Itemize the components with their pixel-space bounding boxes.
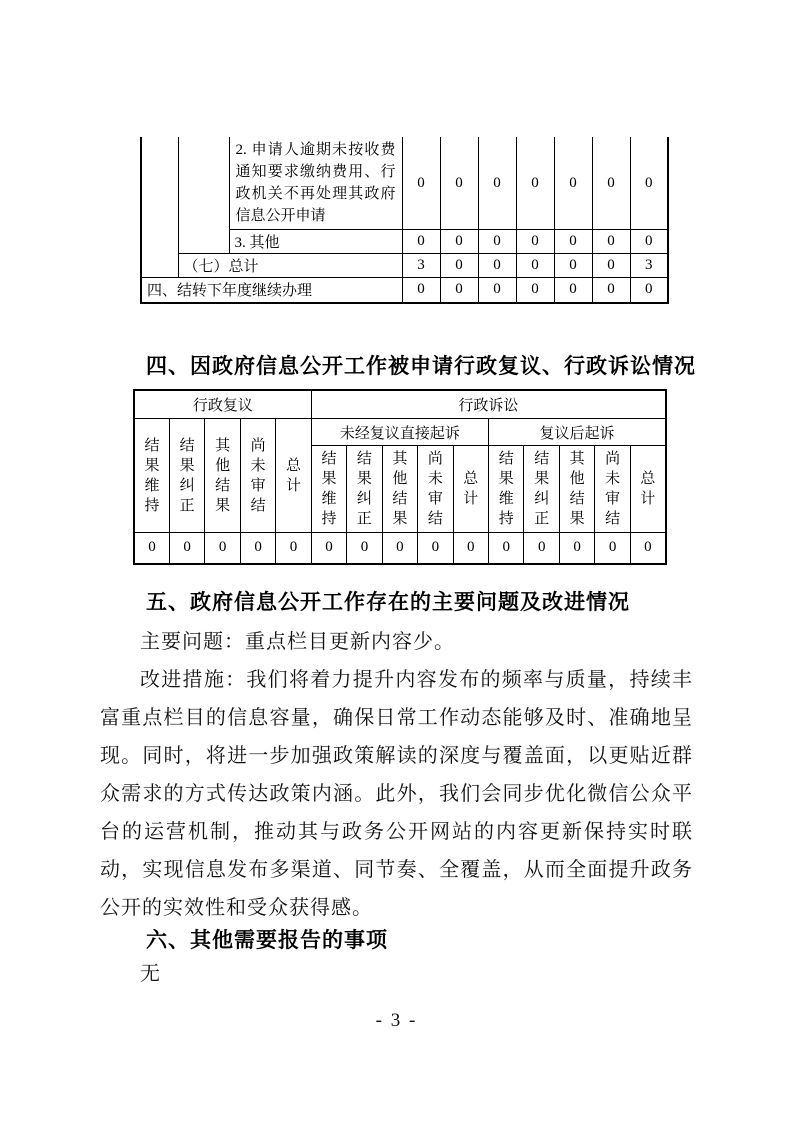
vertical-header: 结果纠正 xyxy=(169,419,204,533)
vertical-header: 总计 xyxy=(630,446,666,533)
table-row: 2. 申请人逾期未按收费通知要求缴纳费用、行政机关不再处理其政府信息公开申请 0… xyxy=(141,137,668,230)
vertical-header: 尚未审结 xyxy=(418,446,453,533)
table-row: 结果维持 结果纠正 其他结果 尚未审结 总计 未经复议直接起诉 复议后起诉 xyxy=(134,419,666,446)
value-cell: 0 xyxy=(592,137,630,230)
vertical-header: 总计 xyxy=(453,446,488,533)
group-header-litigation: 行政诉讼 xyxy=(311,390,666,419)
value-cell: 0 xyxy=(592,254,630,278)
value-cell: 0 xyxy=(240,533,275,564)
value-cell: 0 xyxy=(524,533,559,564)
value-cell: 0 xyxy=(630,278,668,303)
value-cell: 0 xyxy=(382,533,417,564)
row-label: 3. 其他 xyxy=(229,230,402,254)
table-row: 四、结转下年度继续办理 0 0 0 0 0 0 0 xyxy=(141,278,668,303)
value-cell: 0 xyxy=(554,278,592,303)
value-cell: 0 xyxy=(276,533,311,564)
value-cell: 0 xyxy=(440,137,478,230)
row-label: （七）总计 xyxy=(178,254,402,278)
section-six-body: 无 xyxy=(100,955,693,993)
value-cell: 3 xyxy=(630,254,668,278)
table-row: （七）总计 3 0 0 0 0 0 3 xyxy=(141,254,668,278)
value-cell: 0 xyxy=(595,533,630,564)
value-cell: 0 xyxy=(478,230,516,254)
group-header-direct-suit: 未经复议直接起诉 xyxy=(311,419,488,446)
value-cell: 0 xyxy=(478,254,516,278)
value-cell: 0 xyxy=(489,533,524,564)
value-cell: 0 xyxy=(440,278,478,303)
value-cell: 0 xyxy=(554,254,592,278)
vertical-header: 结果纠正 xyxy=(524,446,559,533)
value-cell: 0 xyxy=(630,230,668,254)
group-header-after-review-suit: 复议后起诉 xyxy=(489,419,666,446)
value-cell: 0 xyxy=(402,137,440,230)
value-cell: 0 xyxy=(554,230,592,254)
vertical-header: 结果维持 xyxy=(489,446,524,533)
paragraph-improvement: 改进措施：我们将着力提升内容发布的频率与质量，持续丰富重点栏目的信息容量，确保日… xyxy=(100,661,693,927)
value-cell: 0 xyxy=(440,254,478,278)
value-cell: 0 xyxy=(440,230,478,254)
value-cell: 0 xyxy=(516,137,554,230)
value-cell: 0 xyxy=(559,533,594,564)
value-cell: 0 xyxy=(347,533,382,564)
vertical-header: 尚未审结 xyxy=(595,446,630,533)
value-cell: 0 xyxy=(478,278,516,303)
value-cell: 0 xyxy=(630,137,668,230)
value-cell: 0 xyxy=(516,230,554,254)
value-cell: 0 xyxy=(402,230,440,254)
section-four-heading: 四、因政府信息公开工作被申请行政复议、行政诉讼情况 xyxy=(146,353,693,381)
vertical-header: 结果纠正 xyxy=(347,446,382,533)
review-litigation-table: 行政复议 行政诉讼 结果维持 结果纠正 其他结果 尚未审结 总计 未经复议直接起… xyxy=(133,389,667,565)
vertical-header: 总计 xyxy=(276,419,311,533)
value-cell: 0 xyxy=(205,533,240,564)
value-cell: 0 xyxy=(453,533,488,564)
value-cell: 0 xyxy=(402,278,440,303)
carryover-table: 2. 申请人逾期未按收费通知要求缴纳费用、行政机关不再处理其政府信息公开申请 0… xyxy=(140,137,669,304)
vertical-header: 其他结果 xyxy=(205,419,240,533)
table-row: 0 0 0 0 0 0 0 0 0 0 0 0 0 0 0 xyxy=(134,533,666,564)
value-cell: 0 xyxy=(630,533,666,564)
section-six-heading: 六、其他需要报告的事项 xyxy=(146,927,693,955)
value-cell: 0 xyxy=(592,230,630,254)
paragraph-main-problem: 主要问题：重点栏目更新内容少。 xyxy=(100,623,693,661)
value-cell: 0 xyxy=(516,254,554,278)
value-cell: 0 xyxy=(169,533,204,564)
vertical-header: 其他结果 xyxy=(559,446,594,533)
value-cell: 0 xyxy=(554,137,592,230)
table-row: 行政复议 行政诉讼 xyxy=(134,390,666,419)
value-cell: 0 xyxy=(478,137,516,230)
group-header-review: 行政复议 xyxy=(134,390,311,419)
vertical-header: 结果维持 xyxy=(311,446,346,533)
section-five-heading: 五、政府信息公开工作存在的主要问题及改进情况 xyxy=(146,589,693,617)
value-cell: 3 xyxy=(402,254,440,278)
subcategory-empty-cell xyxy=(178,137,229,254)
document-page: 2. 申请人逾期未按收费通知要求缴纳费用、行政机关不再处理其政府信息公开申请 0… xyxy=(0,0,793,1122)
value-cell: 0 xyxy=(311,533,346,564)
vertical-header: 其他结果 xyxy=(382,446,417,533)
category-empty-cell xyxy=(141,137,178,278)
row-label: 2. 申请人逾期未按收费通知要求缴纳费用、行政机关不再处理其政府信息公开申请 xyxy=(229,137,402,230)
value-cell: 0 xyxy=(516,278,554,303)
value-cell: 0 xyxy=(592,278,630,303)
value-cell: 0 xyxy=(418,533,453,564)
page-number: - 3 - xyxy=(0,1010,793,1032)
value-cell: 0 xyxy=(134,533,169,564)
vertical-header: 尚未审结 xyxy=(240,419,275,533)
vertical-header: 结果维持 xyxy=(134,419,169,533)
row-label: 四、结转下年度继续办理 xyxy=(141,278,402,303)
